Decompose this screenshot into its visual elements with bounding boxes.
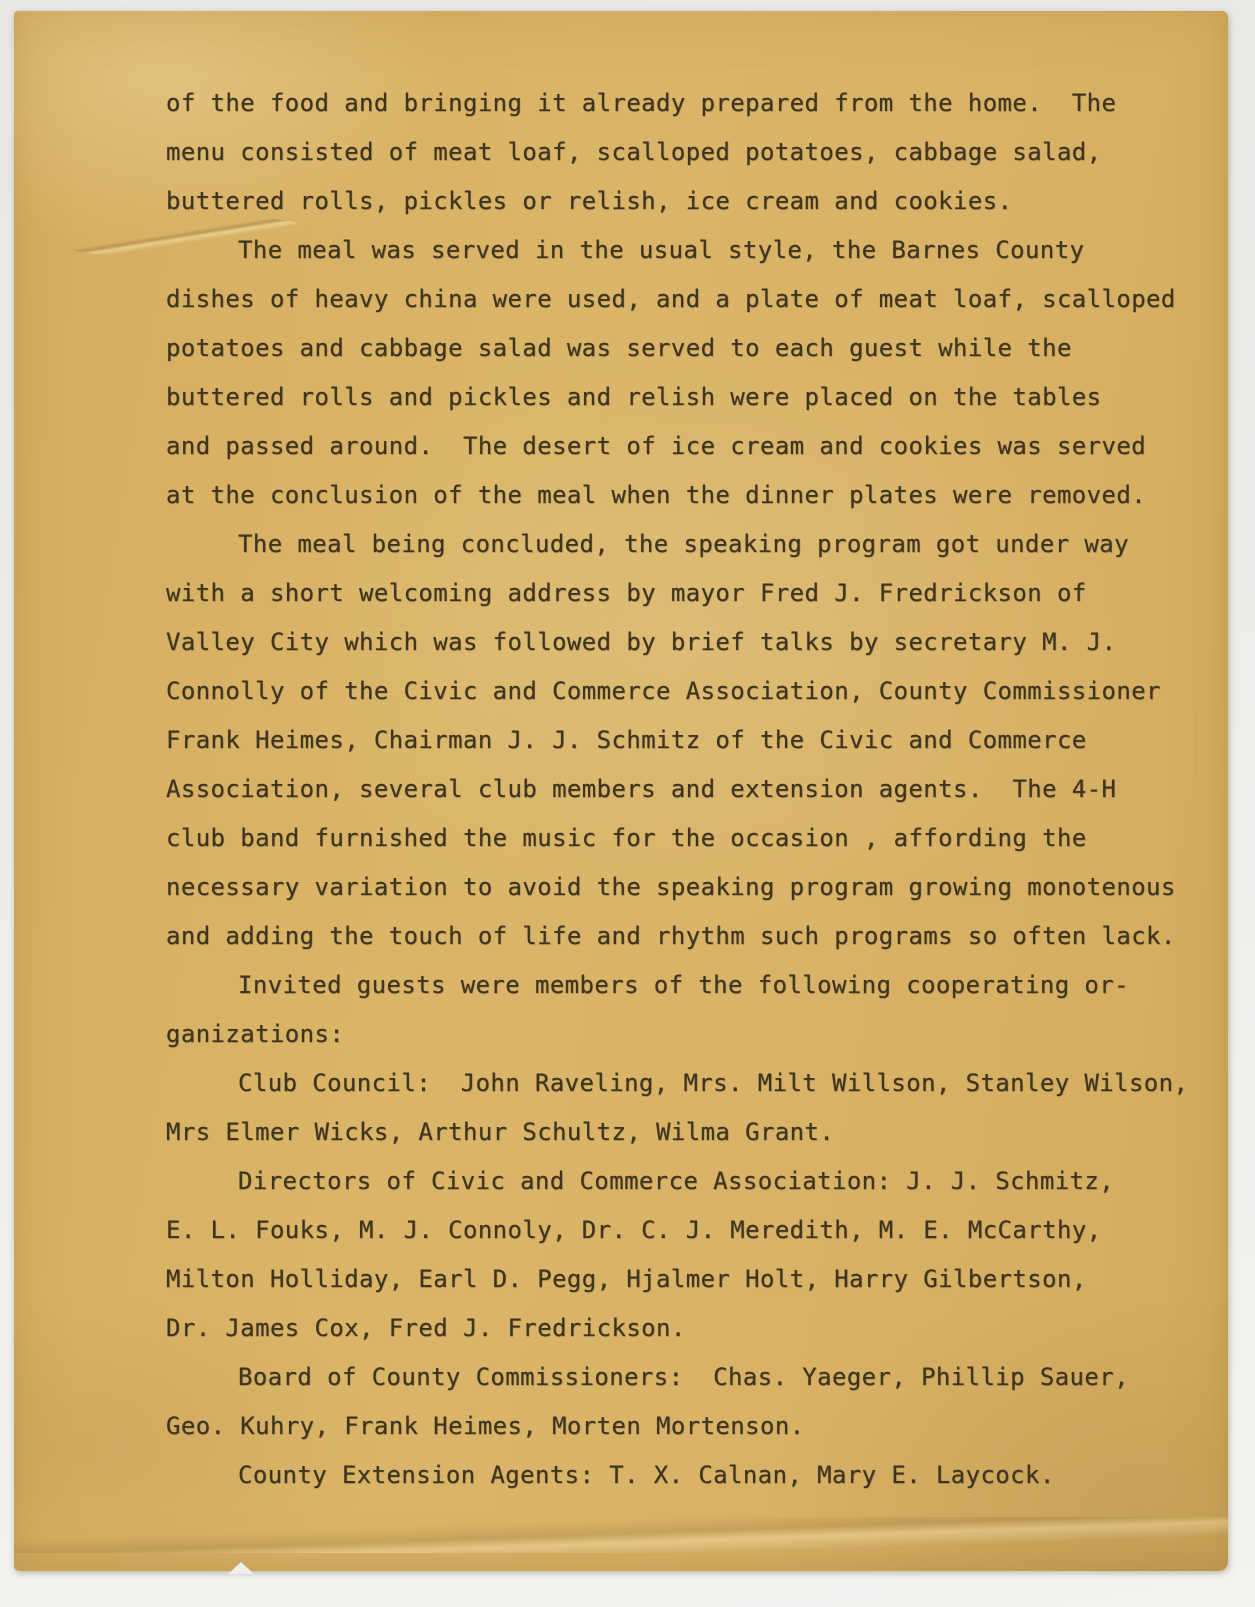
text-line: necessary variation to avoid the speakin… bbox=[166, 863, 1216, 912]
text-line: Geo. Kuhry, Frank Heimes, Morten Mortens… bbox=[166, 1402, 1216, 1451]
scan-background: of the food and bringing it already prep… bbox=[0, 0, 1255, 1607]
text-line: ganizations: bbox=[166, 1010, 1216, 1059]
text-line: E. L. Fouks, M. J. Connoly, Dr. C. J. Me… bbox=[166, 1206, 1216, 1255]
text-line: menu consisted of meat loaf, scalloped p… bbox=[166, 128, 1216, 177]
document-page: of the food and bringing it already prep… bbox=[14, 11, 1228, 1571]
typewritten-text-body: of the food and bringing it already prep… bbox=[166, 79, 1216, 1500]
text-line: Directors of Civic and Commerce Associat… bbox=[166, 1157, 1216, 1206]
text-line: and adding the touch of life and rhythm … bbox=[166, 912, 1216, 961]
text-line: potatoes and cabbage salad was served to… bbox=[166, 324, 1216, 373]
text-line: with a short welcoming address by mayor … bbox=[166, 569, 1216, 618]
text-line: Connolly of the Civic and Commerce Assoc… bbox=[166, 667, 1216, 716]
text-line: The meal was served in the usual style, … bbox=[166, 226, 1216, 275]
text-line: Milton Holliday, Earl D. Pegg, Hjalmer H… bbox=[166, 1255, 1216, 1304]
text-line: The meal being concluded, the speaking p… bbox=[166, 520, 1216, 569]
torn-edge-notch bbox=[228, 1562, 254, 1574]
text-line: County Extension Agents: T. X. Calnan, M… bbox=[166, 1451, 1216, 1500]
text-line: Club Council: John Raveling, Mrs. Milt W… bbox=[166, 1059, 1216, 1108]
paper-fold-line bbox=[14, 1517, 1228, 1553]
text-line: Mrs Elmer Wicks, Arthur Schultz, Wilma G… bbox=[166, 1108, 1216, 1157]
text-line: of the food and bringing it already prep… bbox=[166, 79, 1216, 128]
text-line: and passed around. The desert of ice cre… bbox=[166, 422, 1216, 471]
text-line: at the conclusion of the meal when the d… bbox=[166, 471, 1216, 520]
text-line: buttered rolls and pickles and relish we… bbox=[166, 373, 1216, 422]
text-line: Board of County Commissioners: Chas. Yae… bbox=[166, 1353, 1216, 1402]
text-line: dishes of heavy china were used, and a p… bbox=[166, 275, 1216, 324]
text-line: buttered rolls, pickles or relish, ice c… bbox=[166, 177, 1216, 226]
text-line: Association, several club members and ex… bbox=[166, 765, 1216, 814]
text-line: Invited guests were members of the follo… bbox=[166, 961, 1216, 1010]
text-line: Frank Heimes, Chairman J. J. Schmitz of … bbox=[166, 716, 1216, 765]
text-line: club band furnished the music for the oc… bbox=[166, 814, 1216, 863]
text-line: Dr. James Cox, Fred J. Fredrickson. bbox=[166, 1304, 1216, 1353]
text-line: Valley City which was followed by brief … bbox=[166, 618, 1216, 667]
